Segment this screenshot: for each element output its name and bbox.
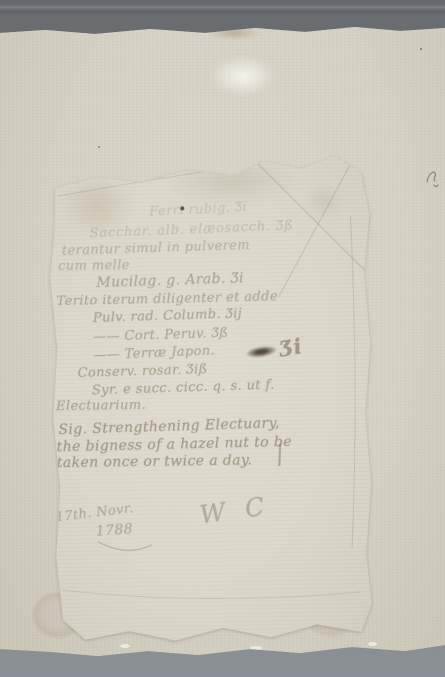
deckle-highlight — [250, 646, 262, 650]
sig-directions-line-3: taken once or twice a day. — [57, 452, 253, 471]
signature-flourish — [98, 541, 152, 551]
pasted-slip: Ferri rubig. Ʒi Sacchar. alb. elæosacch.… — [49, 154, 378, 648]
manuscript-line-12: Electuarium. — [56, 398, 146, 414]
year-line: 1788 — [95, 521, 133, 539]
terra-japon-quantity: Ʒi — [277, 333, 304, 361]
manuscript-line-4: cum melle — [58, 258, 130, 274]
ink-speck — [98, 146, 100, 148]
scanned-manuscript-page: { "page": { "background_top_band": "#6a6… — [0, 0, 445, 677]
slip-paper: Ferri rubig. Ʒi Sacchar. alb. elæosacch.… — [49, 154, 378, 648]
ink-speck — [420, 48, 422, 50]
margin-ink-squiggle-icon — [424, 166, 442, 192]
